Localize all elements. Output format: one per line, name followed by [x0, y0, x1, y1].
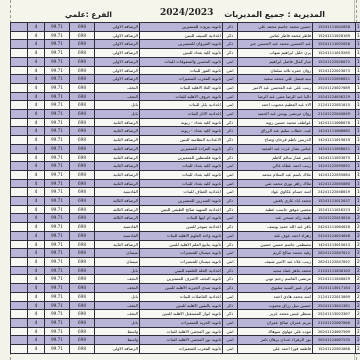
exam-id: 28241122047012	[313, 249, 356, 258]
average-score: 99.71	[45, 127, 70, 136]
total-score: 698	[70, 214, 95, 223]
average-score: 99.71	[45, 49, 70, 58]
table-row: 19314241111058011عباس بشار عزت عبد المجي…	[11, 144, 360, 153]
count: 4	[28, 292, 45, 301]
student-name: مجتبى موفق جاسب عطيه	[238, 205, 313, 214]
student-name: طيبه رائد صبحي عبد	[238, 214, 313, 223]
row-number: 200	[356, 205, 360, 214]
row-number: 204	[356, 240, 360, 249]
exam-id: 15241111016223	[313, 205, 356, 214]
count: 4	[28, 214, 45, 223]
row-number: 193	[356, 144, 360, 153]
gender: انثى	[223, 345, 238, 354]
exam-id: 14241111058011	[313, 144, 356, 153]
count: 4	[28, 318, 45, 327]
table-row: 20628241122047052زينب علاء عبد الامير شن…	[11, 257, 360, 266]
blank-cell	[11, 83, 28, 92]
academic-year: 2024/2023	[160, 8, 213, 18]
average-score: 99.71	[45, 327, 70, 336]
table-row: 18315241122026072ميار كمال فاضل ابراهيما…	[11, 57, 360, 66]
row-number: 212	[356, 310, 360, 319]
total-score: 698	[70, 83, 95, 92]
school-name: اعدادية سومر للبنين	[140, 223, 223, 232]
blank-cell	[11, 75, 28, 84]
blank-cell	[11, 310, 28, 319]
average-score: 99.71	[45, 23, 70, 32]
average-score: 99.71	[45, 310, 70, 319]
blank-cell	[11, 266, 28, 275]
student-name: رقيه محمد صالح كريم	[238, 249, 313, 258]
directorate: الرصافة الاولى	[95, 31, 140, 40]
directorate: الرصافة الثالثة	[95, 205, 140, 214]
count: 4	[28, 136, 45, 145]
count: 4	[28, 101, 45, 110]
student-name: الدريس ناظم فرحان وضاح	[238, 136, 313, 145]
student-name: زهراء احمد عوف ثلثه	[238, 231, 313, 240]
table-row: 19014241111008070عواطف محمد حسين زويةذكر…	[11, 118, 360, 127]
count: 4	[28, 240, 45, 249]
exam-id: 21241111038103	[313, 266, 356, 275]
count: 4	[28, 57, 45, 66]
school-name: ثانوية ياليقين الاهلية للبنين	[140, 301, 223, 310]
table-row: 18725241124036229داليا عبد الرضا مثنى عب…	[11, 92, 360, 101]
exam-id: 15241122019010	[313, 214, 356, 223]
blank-cell	[11, 257, 28, 266]
school-name: ثانوية المغرب للمتميزات	[140, 345, 223, 354]
table-row: 20015241111016223مجتبى موفق جاسب عطيهذكر…	[11, 205, 360, 214]
row-number: 195	[356, 162, 360, 171]
exam-id: 25241124036229	[313, 92, 356, 101]
table-row: 20224241111004020باقر عبد الله حميد يوسف…	[11, 223, 360, 232]
count: 4	[28, 83, 45, 92]
row-number: 205	[356, 249, 360, 258]
exam-id: 14241113015013	[313, 240, 356, 249]
count: 4	[28, 231, 45, 240]
gender: ذكر	[223, 223, 238, 232]
table-row: 20925241113017164فراز عبير السيد سليويذك…	[11, 284, 360, 293]
exam-id: 14241111008070	[313, 118, 356, 127]
school-name: ثانوية صدى الجيرية الاهلية للبنين	[140, 284, 223, 293]
gender: انثى	[223, 257, 238, 266]
total-score: 698	[70, 223, 95, 232]
average-score: 99.71	[45, 136, 70, 145]
student-name: امنه محمد هادي احمد	[238, 292, 313, 301]
row-number: 181	[356, 40, 360, 49]
directorate: بابل	[95, 266, 140, 275]
average-score: 99.71	[45, 292, 70, 301]
school-name: اعدادية الشهيد صالح الطيفي للبنين	[140, 205, 223, 214]
directorate: ميسان	[95, 249, 140, 258]
table-row: 21125241113031381حسين نبيل رزاق محبوبذكر…	[11, 301, 360, 310]
total-score: 698	[70, 249, 95, 258]
row-number: 202	[356, 223, 360, 232]
student-name: فاطر محمد فاطر عباس	[238, 31, 313, 40]
row-number: 188	[356, 101, 360, 110]
school-name: ثانوية نور المجتبى الاهلية للبنات	[140, 327, 223, 336]
directorate: الرصافة الاولى	[95, 57, 140, 66]
table-row: 17915241111042058حسين محمد جاسم محمد علي…	[11, 23, 360, 32]
student-name: ياسر عمار سالم كاظم	[238, 153, 313, 162]
student-name: مصطفى جاسم حسين حسين	[238, 240, 313, 249]
directorate: الرصافة الثالثة	[95, 197, 140, 206]
table-row: 18415241122023073روان حمزه ثلاثه سلمانان…	[11, 66, 360, 75]
results-table: 17915241111042058حسين محمد جاسم محمد علي…	[10, 22, 360, 354]
blank-cell	[11, 66, 28, 75]
total-score: 698	[70, 257, 95, 266]
average-score: 99.71	[45, 170, 70, 179]
average-score: 99.71	[45, 92, 70, 101]
table-row: 20324241124024048زهراء احمد عوف ثلثهانثى…	[11, 231, 360, 240]
results-table-body: 17915241111042058حسين محمد جاسم محمد علي…	[11, 23, 360, 354]
student-name: غيث خطاب سليم عبد الرزاق	[238, 127, 313, 136]
exam-id: 14241111008082	[313, 127, 356, 136]
directorate: الرصافة الاولى	[95, 40, 140, 49]
average-score: 99.71	[45, 110, 70, 119]
student-name: مرتضى القاسم رحيم ثوبي	[238, 275, 313, 284]
student-name: زينب علاء عبد الامير شنيف	[238, 257, 313, 266]
count: 4	[28, 249, 45, 258]
directorate: النجف	[95, 284, 140, 293]
directorate: الرصافة الاولى	[95, 345, 140, 354]
exam-id: 15241111012037	[313, 197, 356, 206]
total-score: 698	[70, 318, 95, 327]
student-name: روان حمزه ثلاثه سلمان	[238, 66, 313, 75]
table-row: 21426241124007509موده علي مهاوي سوهاكانث…	[11, 327, 360, 336]
count: 4	[28, 110, 45, 119]
count: 4	[28, 92, 45, 101]
exam-id: 25241113023367	[313, 310, 356, 319]
average-score: 99.71	[45, 257, 70, 266]
blank-cell	[11, 57, 28, 66]
count: 4	[28, 310, 45, 319]
total-score: 698	[70, 110, 95, 119]
row-number: 192	[356, 136, 360, 145]
blank-cell	[11, 336, 28, 345]
row-number: 198	[356, 188, 360, 197]
directorate: واسط	[95, 327, 140, 336]
gender: ذكر	[223, 23, 238, 32]
gender: ذكر	[223, 40, 238, 49]
exam-id: 15241122023073	[313, 66, 356, 75]
row-number: 199	[356, 197, 360, 206]
blank-cell	[11, 144, 28, 153]
school-name: ثانوية كلية بغداد للبنات	[140, 170, 223, 179]
table-row: 19824241122048019امنة حسام عكاوي عوادانث…	[11, 188, 360, 197]
gender: انثى	[223, 336, 238, 345]
total-score: 698	[70, 153, 95, 162]
average-score: 99.71	[45, 214, 70, 223]
average-score: 99.71	[45, 205, 70, 214]
gender: ذكر	[223, 49, 238, 58]
directorate: الرصافة الثالثة	[95, 214, 140, 223]
student-name: ملاك باسم عبد السلام محمد	[238, 170, 313, 179]
directorate: الرصافة الاولى	[95, 75, 140, 84]
directorate: القادسية	[95, 231, 140, 240]
blank-cell	[11, 318, 28, 327]
student-name: امنة حسام عكاوي عواد	[238, 188, 313, 197]
average-score: 99.71	[45, 223, 70, 232]
gender: ذكر	[223, 127, 238, 136]
count: 4	[28, 170, 45, 179]
count: 4	[28, 66, 45, 75]
directorate: الرصافة الاولى	[95, 23, 140, 32]
table-row: 21615241122051060فاطمه فوزا احمد عليانثى…	[11, 345, 360, 354]
exam-id: 24241111004020	[313, 223, 356, 232]
school-name: ثانوية القيروان للمتميزين	[140, 40, 223, 49]
student-name: حسين محمد جاسم محمد علي	[238, 23, 313, 32]
gender: ذكر	[223, 136, 238, 145]
student-name: منتظر عيس محمد عزيز	[238, 310, 313, 319]
total-score: 698	[70, 266, 95, 275]
exam-id: 24241122048019	[313, 188, 356, 197]
school-name: ثانوية كلية بغداد - زيونة	[140, 118, 223, 127]
directorate: الرصافة الثانية	[95, 170, 140, 179]
school-name: ثانوية بيروت للمتميزين	[140, 23, 223, 32]
table-row: 21021241122013009امنه محمد هادي احمدانثى…	[11, 292, 360, 301]
blank-cell	[11, 275, 28, 284]
row-number: 210	[356, 292, 360, 301]
table-row: 21526241124007535نور الزهراء عدنان برهان…	[11, 336, 360, 345]
exam-id: 15241111032058	[313, 40, 356, 49]
gender: انثى	[223, 66, 238, 75]
count: 4	[28, 336, 45, 345]
total-score: 698	[70, 118, 95, 127]
directorate: القادسية	[95, 223, 140, 232]
blank-cell	[11, 110, 28, 119]
average-score: 99.71	[45, 231, 70, 240]
student-name: موده علي مهاوي سوهاك	[238, 327, 313, 336]
total-score: 698	[70, 66, 95, 75]
table-row: 19614241122055084ملاك باسم عبد السلام مح…	[11, 170, 360, 179]
row-number: 189	[356, 110, 360, 119]
exam-id: 15241111019265	[313, 49, 356, 58]
exam-id: 21241122013009	[313, 292, 356, 301]
gender: انثى	[223, 214, 238, 223]
row-number: 183	[356, 57, 360, 66]
school-name: ثانوية كلية بغداد للبنين	[140, 49, 223, 58]
directorate: الرصافة الثانية	[95, 240, 140, 249]
student-name: زينب علي عبد المحسن عبد الامير	[238, 83, 313, 92]
count: 4	[28, 40, 45, 49]
gender: انثى	[223, 327, 238, 336]
exam-id: 15241111042058	[313, 23, 356, 32]
total-score: 698	[70, 301, 95, 310]
directorate: النجف	[95, 310, 140, 319]
exam-id: 14241122055085	[313, 179, 356, 188]
gender: انثى	[223, 75, 238, 84]
exam-id: 15241122026072	[313, 57, 356, 66]
directorate: الرصافة الثانية	[95, 136, 140, 145]
directorate: القادسية	[95, 188, 140, 197]
count: 4	[28, 266, 45, 275]
table-row: 18821241122051015الاء عبد العظيم محبوب ا…	[11, 101, 360, 110]
total-score: 698	[70, 101, 95, 110]
blank-cell	[11, 49, 28, 58]
total-score: 698	[70, 336, 95, 345]
count: 4	[28, 275, 45, 284]
average-score: 99.71	[45, 153, 70, 162]
total-score: 698	[70, 231, 95, 240]
gender: ذكر	[223, 275, 238, 284]
average-score: 99.71	[45, 318, 70, 327]
exam-id: 14241111053075	[313, 153, 356, 162]
average-score: 99.71	[45, 240, 70, 249]
average-score: 99.71	[45, 188, 70, 197]
table-row: 20721241111038103محمد ماهر عماد مجيدذكرا…	[11, 266, 360, 275]
average-score: 99.71	[45, 31, 70, 40]
directorate-label: المديرية : جميع المديريات	[224, 10, 325, 19]
blank-cell	[11, 345, 28, 354]
row-number: 187	[356, 92, 360, 101]
directorate: واسط	[95, 336, 140, 345]
student-name: زينب احمد عطاه غالي	[238, 162, 313, 171]
school-name: ثانوية النجف الاشرف للمتميزين	[140, 275, 223, 284]
student-name: الاء عبد العظيم محبوب احمد	[238, 101, 313, 110]
gender: انثى	[223, 170, 238, 179]
table-row: 18015241111028169فاطر محمد فاطر عباسذكرا…	[11, 31, 360, 40]
student-name: مريم عمران صالح عمران	[238, 318, 313, 327]
exam-id: 21241122051015	[313, 101, 356, 110]
count: 4	[28, 23, 45, 32]
school-name: ثانوية العلا الاهلية للبنات	[140, 83, 223, 92]
row-number: 184	[356, 66, 360, 75]
count: 4	[28, 188, 45, 197]
student-name: محمد اياد غازي ياقش	[238, 197, 313, 206]
exam-id: 21241122045049	[313, 110, 356, 119]
directorate: النجف	[95, 92, 140, 101]
student-name: نبيه فيصل علي محمد سعيد	[238, 75, 313, 84]
total-score: 698	[70, 40, 95, 49]
table-row: 19214241111019019الدريس ناظم فرحان وضاحذ…	[11, 136, 360, 145]
total-score: 698	[70, 205, 95, 214]
school-name: اعدادية العفاف للبنات	[140, 188, 223, 197]
school-name: اعدادية الفاضلات للبنات	[140, 292, 223, 301]
blank-cell	[11, 223, 28, 232]
directorate: الرصافة الثانية	[95, 179, 140, 188]
gender: ذكر	[223, 31, 238, 40]
blank-cell	[11, 136, 28, 145]
count: 4	[28, 127, 45, 136]
school-name: ثانوية انوار المستقبل الاهلية للبنين	[140, 310, 223, 319]
gender: ذكر	[223, 310, 238, 319]
average-score: 99.71	[45, 179, 70, 188]
table-row: 18921241122045049روان مرتضى يونس عبد الح…	[11, 110, 360, 119]
gender: انثى	[223, 231, 238, 240]
school-name: ثانوية الفوز للبنات	[140, 66, 223, 75]
average-score: 99.71	[45, 57, 70, 66]
table-row: 19114241111008082غيث خطاب سليم عبد الرزا…	[11, 127, 360, 136]
directorate: بابل	[95, 101, 140, 110]
directorate: الرصافة الثانية	[95, 162, 140, 171]
average-score: 99.71	[45, 249, 70, 258]
school-name: ثانوية الفرادة للمتميزين	[140, 144, 223, 153]
table-row: 20414241113015013مصطفى جاسم حسين حسينذكر…	[11, 240, 360, 249]
count: 4	[28, 144, 45, 153]
exam-id: 25241111040029	[313, 275, 356, 284]
average-score: 99.71	[45, 336, 70, 345]
blank-cell	[11, 284, 28, 293]
document-header: المديرية : جميع المديريات 2024/2023 الفر…	[10, 0, 355, 22]
table-row: 19714241122055085ملاك زاهر نوري محمد تقي…	[11, 179, 360, 188]
count: 4	[28, 49, 45, 58]
student-name: روان مرتضى يونس عبد الحميد	[238, 110, 313, 119]
blank-cell	[11, 231, 28, 240]
exam-id: 24241124024048	[313, 231, 356, 240]
average-score: 99.71	[45, 197, 70, 206]
average-score: 99.71	[45, 66, 70, 75]
blank-cell	[11, 240, 28, 249]
student-name: عباس بشار عزت عبد المجيد	[238, 144, 313, 153]
exam-id: 26241124007509	[313, 327, 356, 336]
gender: ذكر	[223, 205, 238, 214]
count: 4	[28, 223, 45, 232]
school-name: ثانوية المغرب للمتميزات	[140, 75, 223, 84]
exam-id: 14241111019019	[313, 136, 356, 145]
row-number: 203	[356, 231, 360, 240]
count: 4	[28, 31, 45, 40]
count: 4	[28, 75, 45, 84]
branch-label: الفرع :علمي	[65, 10, 112, 19]
count: 4	[28, 301, 45, 310]
gender: انثى	[223, 249, 238, 258]
exam-id: 26241124007535	[313, 336, 356, 345]
blank-cell	[11, 92, 28, 101]
school-name: الاعدادية النظامية للبنين	[140, 136, 223, 145]
student-name: ملاك زاهر نوري محمد تقي	[238, 179, 313, 188]
average-score: 99.71	[45, 284, 70, 293]
school-name: ثانوية نور المجتبى الاهلية للبنات	[140, 336, 223, 345]
gender: ذكر	[223, 153, 238, 162]
row-number: 180	[356, 31, 360, 40]
directorate: النجف	[95, 275, 140, 284]
total-score: 698	[70, 57, 95, 66]
exam-id: 15241122051060	[313, 345, 356, 354]
table-row: 18115241111032058عبد الحسين محمد عبد الح…	[11, 40, 360, 49]
blank-cell	[11, 249, 28, 258]
gender: ذكر	[223, 301, 238, 310]
average-score: 99.71	[45, 101, 70, 110]
school-name: ثانوية ينابيع العلم الاهلية للبنين	[140, 240, 223, 249]
count: 4	[28, 162, 45, 171]
total-score: 698	[70, 144, 95, 153]
table-row: 18515241122050021نبيه فيصل علي محمد سعيد…	[11, 75, 360, 84]
total-score: 698	[70, 92, 95, 101]
blank-cell	[11, 118, 28, 127]
exam-id: 14241122055084	[313, 170, 356, 179]
table-row: 18625241124027089زينب علي عبد المحسن عبد…	[11, 83, 360, 92]
student-name: فراز عبير السيد سليوي	[238, 284, 313, 293]
student-name: ميار كمال فاضل ابراهيم	[238, 57, 313, 66]
gender: ذكر	[223, 197, 238, 206]
school-name: ثانوية حروف الاهلية للبنات	[140, 92, 223, 101]
school-name: ثانوية واحة العلوم الاهلية للبنات	[140, 231, 223, 240]
row-number: 196	[356, 170, 360, 179]
average-score: 99.71	[45, 162, 70, 171]
row-number: 209	[356, 284, 360, 293]
school-name: ثانوية الحرية للمتميزات	[140, 318, 223, 327]
total-score: 698	[70, 23, 95, 32]
count: 4	[28, 327, 45, 336]
directorate: بابل	[95, 110, 140, 119]
row-number: 190	[356, 118, 360, 127]
exam-id: 25241113017164	[313, 284, 356, 293]
total-score: 698	[70, 75, 95, 84]
exam-id: 15241122050021	[313, 75, 356, 84]
blank-cell	[11, 31, 28, 40]
row-number: 211	[356, 301, 360, 310]
directorate: الرصافة الثانية	[95, 153, 140, 162]
row-number: 191	[356, 127, 360, 136]
